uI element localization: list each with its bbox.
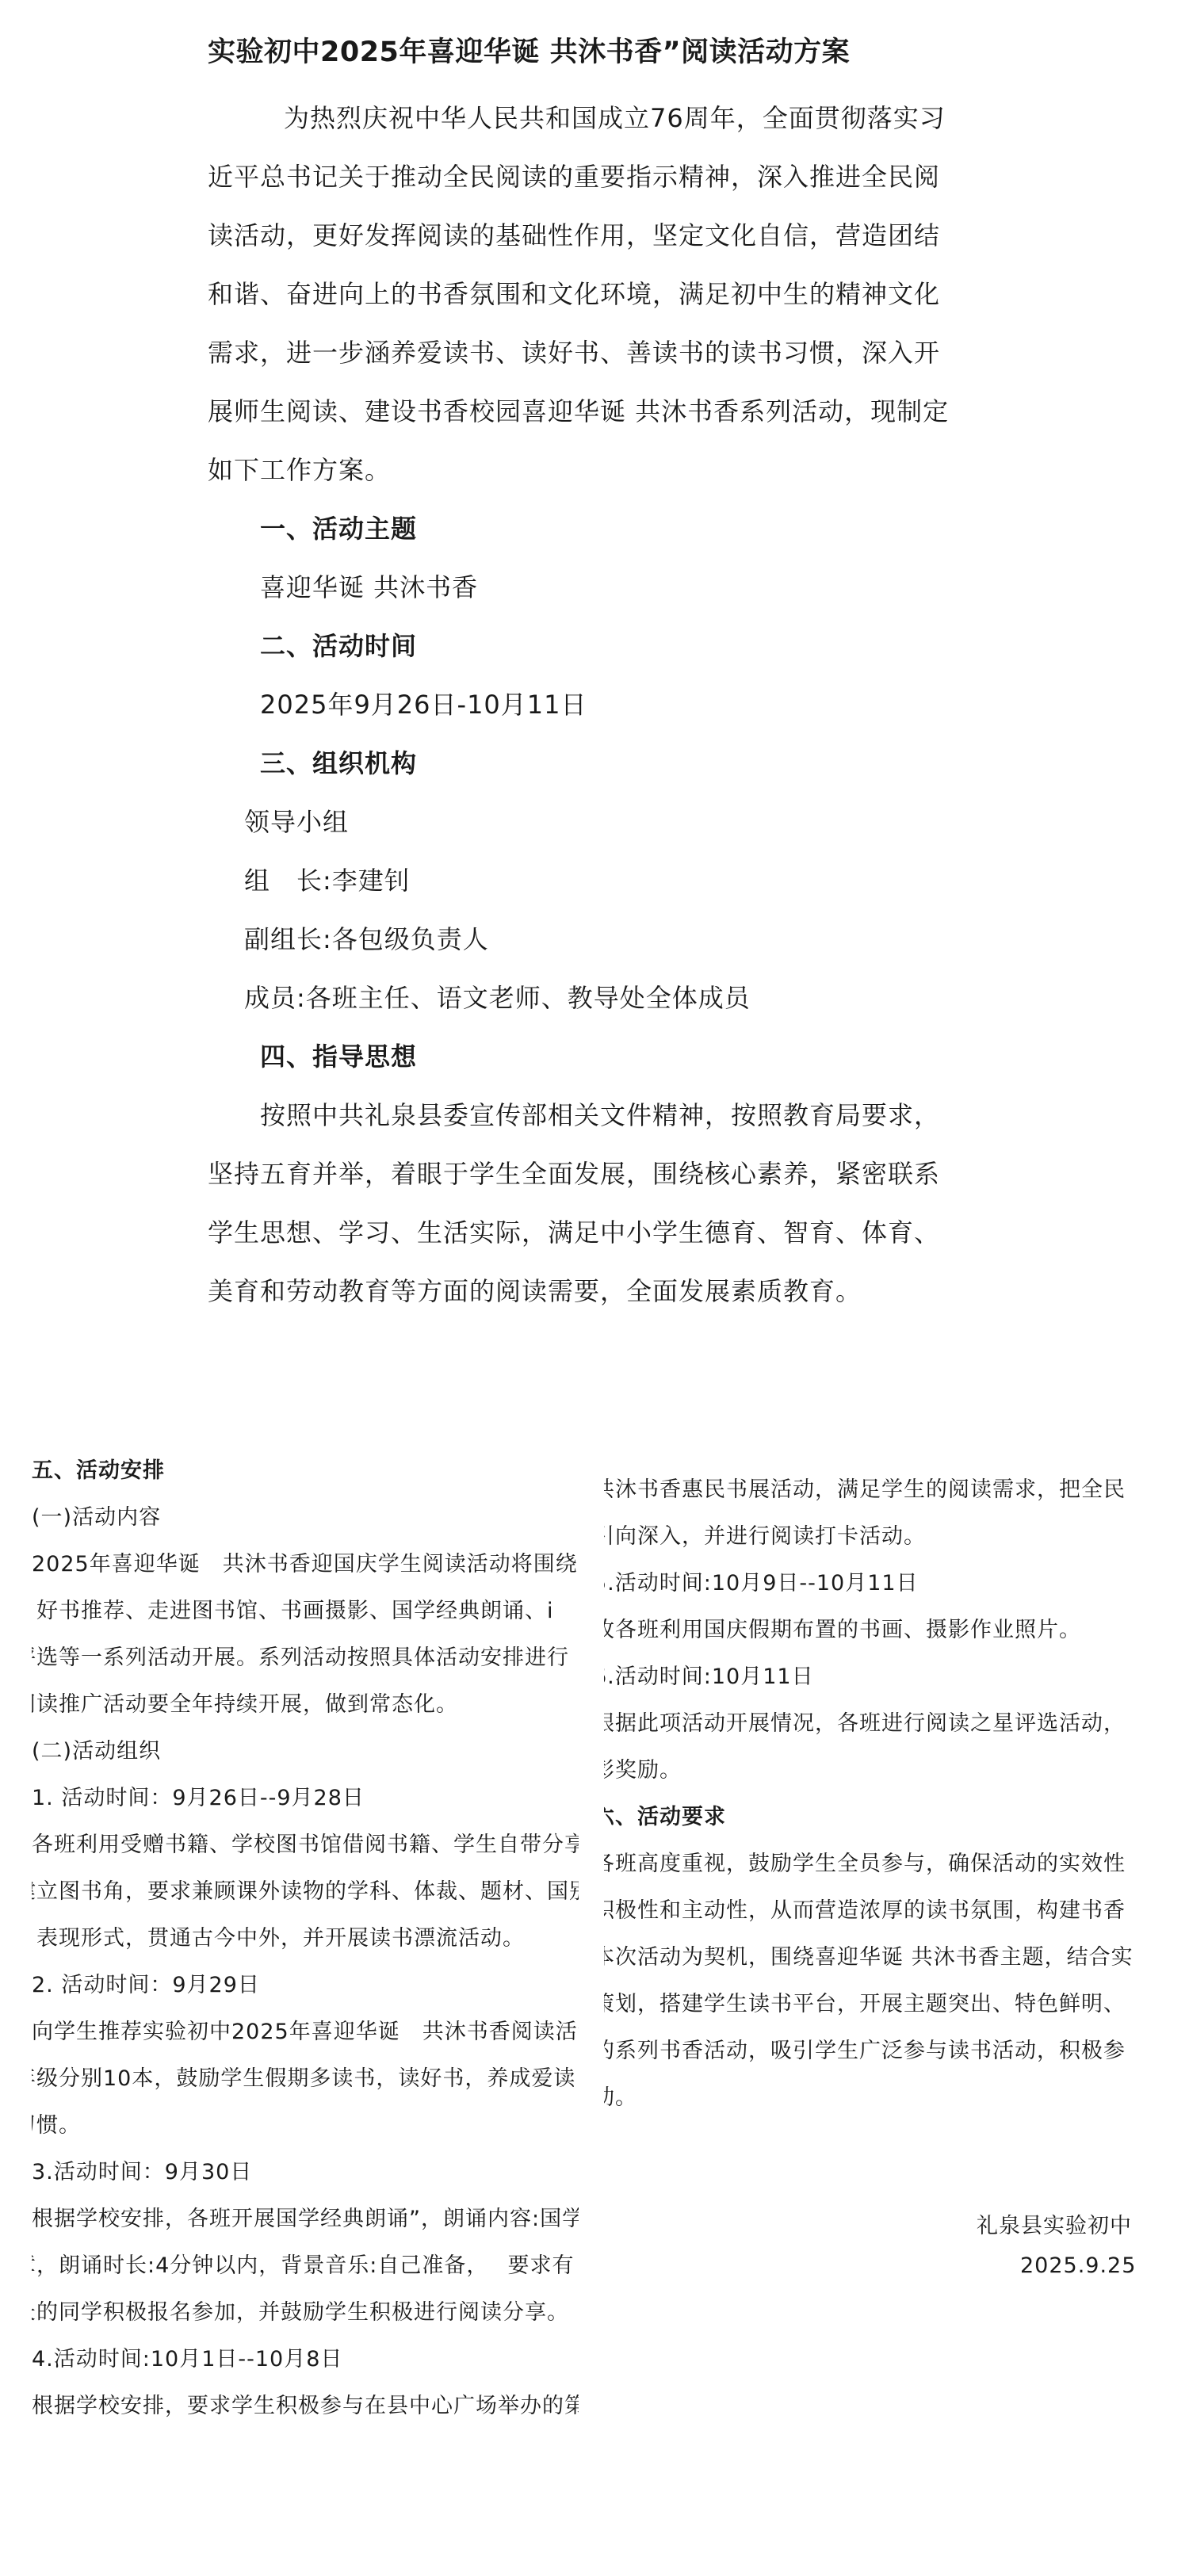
activity-time: 4.活动时间:10月1日--10月8日: [32, 2336, 579, 2383]
subsection-heading: (一)活动内容: [32, 1494, 579, 1541]
text-line: 、表现形式，贯通古今中外，并开展读书漂流活动。: [32, 1915, 579, 1962]
intro-line: 如下工作方案。: [208, 441, 992, 499]
text-line: 习惯。: [32, 2102, 579, 2149]
text-line: 根据此项活动开展情况，各班进行阅读之星评选活动，: [604, 1700, 1157, 1747]
section-heading-arrangement: 五、活动安排: [32, 1447, 579, 1494]
organization-line: 领导小组: [208, 793, 992, 851]
text-line: 根据学校安排，各班开展国学经典朗诵”，朗诵内容:国学经: [32, 2196, 579, 2242]
signature-date: 2025.9.25: [1020, 2253, 1136, 2278]
signature-organization: 礼泉县实验初中: [977, 2208, 1132, 2239]
text-line: 各班利用受赠书籍、学校图书馆借阅书籍、学生自带分享: [32, 1821, 579, 1868]
section-heading-theme: 一、活动主题: [208, 499, 992, 558]
intro-line: 和谐、奋进向上的书香氛围和文化环境，满足初中生的精神文化: [208, 265, 992, 323]
text-line: 章，朗诵时长:4分钟以内，背景音乐:自己准备， 要求有: [32, 2242, 579, 2289]
text-line: 阅读推广活动要全年持续开展，做到常态化。: [32, 1681, 579, 1728]
organization-line: 成员:各班主任、语文老师、教导处全体成员: [208, 969, 992, 1027]
document-title: 实验初中2025年喜迎华诞 共沐书香”阅读活动方案: [208, 30, 992, 75]
intro-line: 读活动，更好发挥阅读的基础性作用，坚定文化自信，营造团结: [208, 206, 992, 265]
text-line: 各班高度重视，鼓励学生全员参与，确保活动的实效性: [604, 1840, 1157, 1887]
activity-time: 5.活动时间:10月9日--10月11日: [604, 1560, 1157, 1607]
guiding-line: 美育和劳动教育等方面的阅读需要，全面发展素质教育。: [208, 1262, 992, 1320]
organization-line: 副组长:各包级负责人: [208, 910, 992, 969]
intro-line: 需求，进一步涵养爱读书、读好书、善读书的读书习惯，深入开: [208, 323, 992, 382]
organization-line: 组 长:李建钊: [208, 851, 992, 910]
document-crop-right: 共沐书香惠民书展活动，满足学生的阅读需求，把全民 引向深入，并进行阅读打卡活动。…: [604, 1466, 1157, 2180]
text-line: 长的同学积极报名参加，并鼓励学生积极进行阅读分享。: [32, 2289, 579, 2336]
activity-time: 6.活动时间:10月11日: [604, 1653, 1157, 1700]
document-page-top: 实验初中2025年喜迎华诞 共沐书香”阅读活动方案 为热烈庆祝中华人民共和国成立…: [208, 30, 992, 1320]
section-heading-organization: 三、组织机构: [208, 734, 992, 793]
section-heading-guiding-ideology: 四、指导思想: [208, 1027, 992, 1086]
text-line: 彰奖励。: [604, 1747, 1157, 1794]
intro-line: 近平总书记关于推动全民阅读的重要指示精神，深入推进全民阅: [208, 147, 992, 206]
intro-line: 为热烈庆祝中华人民共和国成立76周年，全面贯彻落实习: [208, 89, 992, 147]
text-line: 评选等一系列活动开展。系列活动按照具体活动安排进行: [32, 1634, 579, 1681]
theme-content: 喜迎华诞 共沐书香: [208, 558, 992, 617]
text-line: 引向深入，并进行阅读打卡活动。: [604, 1513, 1157, 1560]
text-line: 的系列书香活动，吸引学生广泛参与读书活动，积极参: [604, 2028, 1157, 2074]
guiding-line: 按照中共礼泉县委宣传部相关文件精神，按照教育局要求，: [208, 1086, 992, 1145]
text-line: 年级分别10本，鼓励学生假期多读书，读好书，养成爱读: [32, 2055, 579, 2102]
text-line: 本次活动为契机，围绕喜迎华诞 共沐书香主题，结合实: [604, 1934, 1157, 1981]
activity-time: 1. 活动时间：9月26日--9月28日: [32, 1775, 579, 1821]
text-line: 收各班利用国庆假期布置的书画、摄影作业照片。: [604, 1607, 1157, 1653]
text-line: 2025年喜迎华诞 共沐书香迎国庆学生阅读活动将围绕I: [32, 1541, 579, 1588]
guiding-line: 学生思想、学习、生活实际，满足中小学生德育、智育、体育、: [208, 1203, 992, 1262]
text-line: 向学生推荐实验初中2025年喜迎华诞 共沐书香阅读活动: [32, 2008, 579, 2055]
text-line: 根据学校安排，要求学生积极参与在县中心广场举办的第: [32, 2383, 579, 2422]
activity-time: 2. 活动时间：9月29日: [32, 1962, 579, 2008]
intro-line: 展师生阅读、建设书香校园喜迎华诞 共沐书香系列活动，现制定: [208, 382, 992, 441]
text-line: 策划，搭建学生读书平台，开展主题突出、特色鲜明、: [604, 1981, 1157, 2028]
section-heading-time: 二、活动时间: [208, 617, 992, 675]
guiding-line: 坚持五育并举，着眼于学生全面发展，围绕核心素养，紧密联系: [208, 1145, 992, 1203]
text-line: 动。: [604, 2074, 1157, 2121]
text-line: 共沐书香惠民书展活动，满足学生的阅读需求，把全民: [604, 1466, 1157, 1513]
text-line: 、好书推荐、走进图书馆、书画摄影、国学经典朗诵、i: [32, 1588, 579, 1634]
text-line: 建立图书角，要求兼顾课外读物的学科、体裁、题材、国别: [32, 1868, 579, 1915]
text-line: 积极性和主动性，从而营造浓厚的读书氛围，构建书香: [604, 1887, 1157, 1934]
intro-paragraph: 为热烈庆祝中华人民共和国成立76周年，全面贯彻落实习 近平总书记关于推动全民阅读…: [208, 89, 992, 499]
section-heading-requirements: 六、活动要求: [604, 1794, 1157, 1840]
activity-time: 3.活动时间：9月30日: [32, 2149, 579, 2196]
document-crop-left: 五、活动安排 (一)活动内容 2025年喜迎华诞 共沐书香迎国庆学生阅读活动将围…: [32, 1447, 579, 2422]
time-content: 2025年9月26日-10月11日: [208, 675, 992, 734]
subsection-heading: (二)活动组织: [32, 1728, 579, 1775]
